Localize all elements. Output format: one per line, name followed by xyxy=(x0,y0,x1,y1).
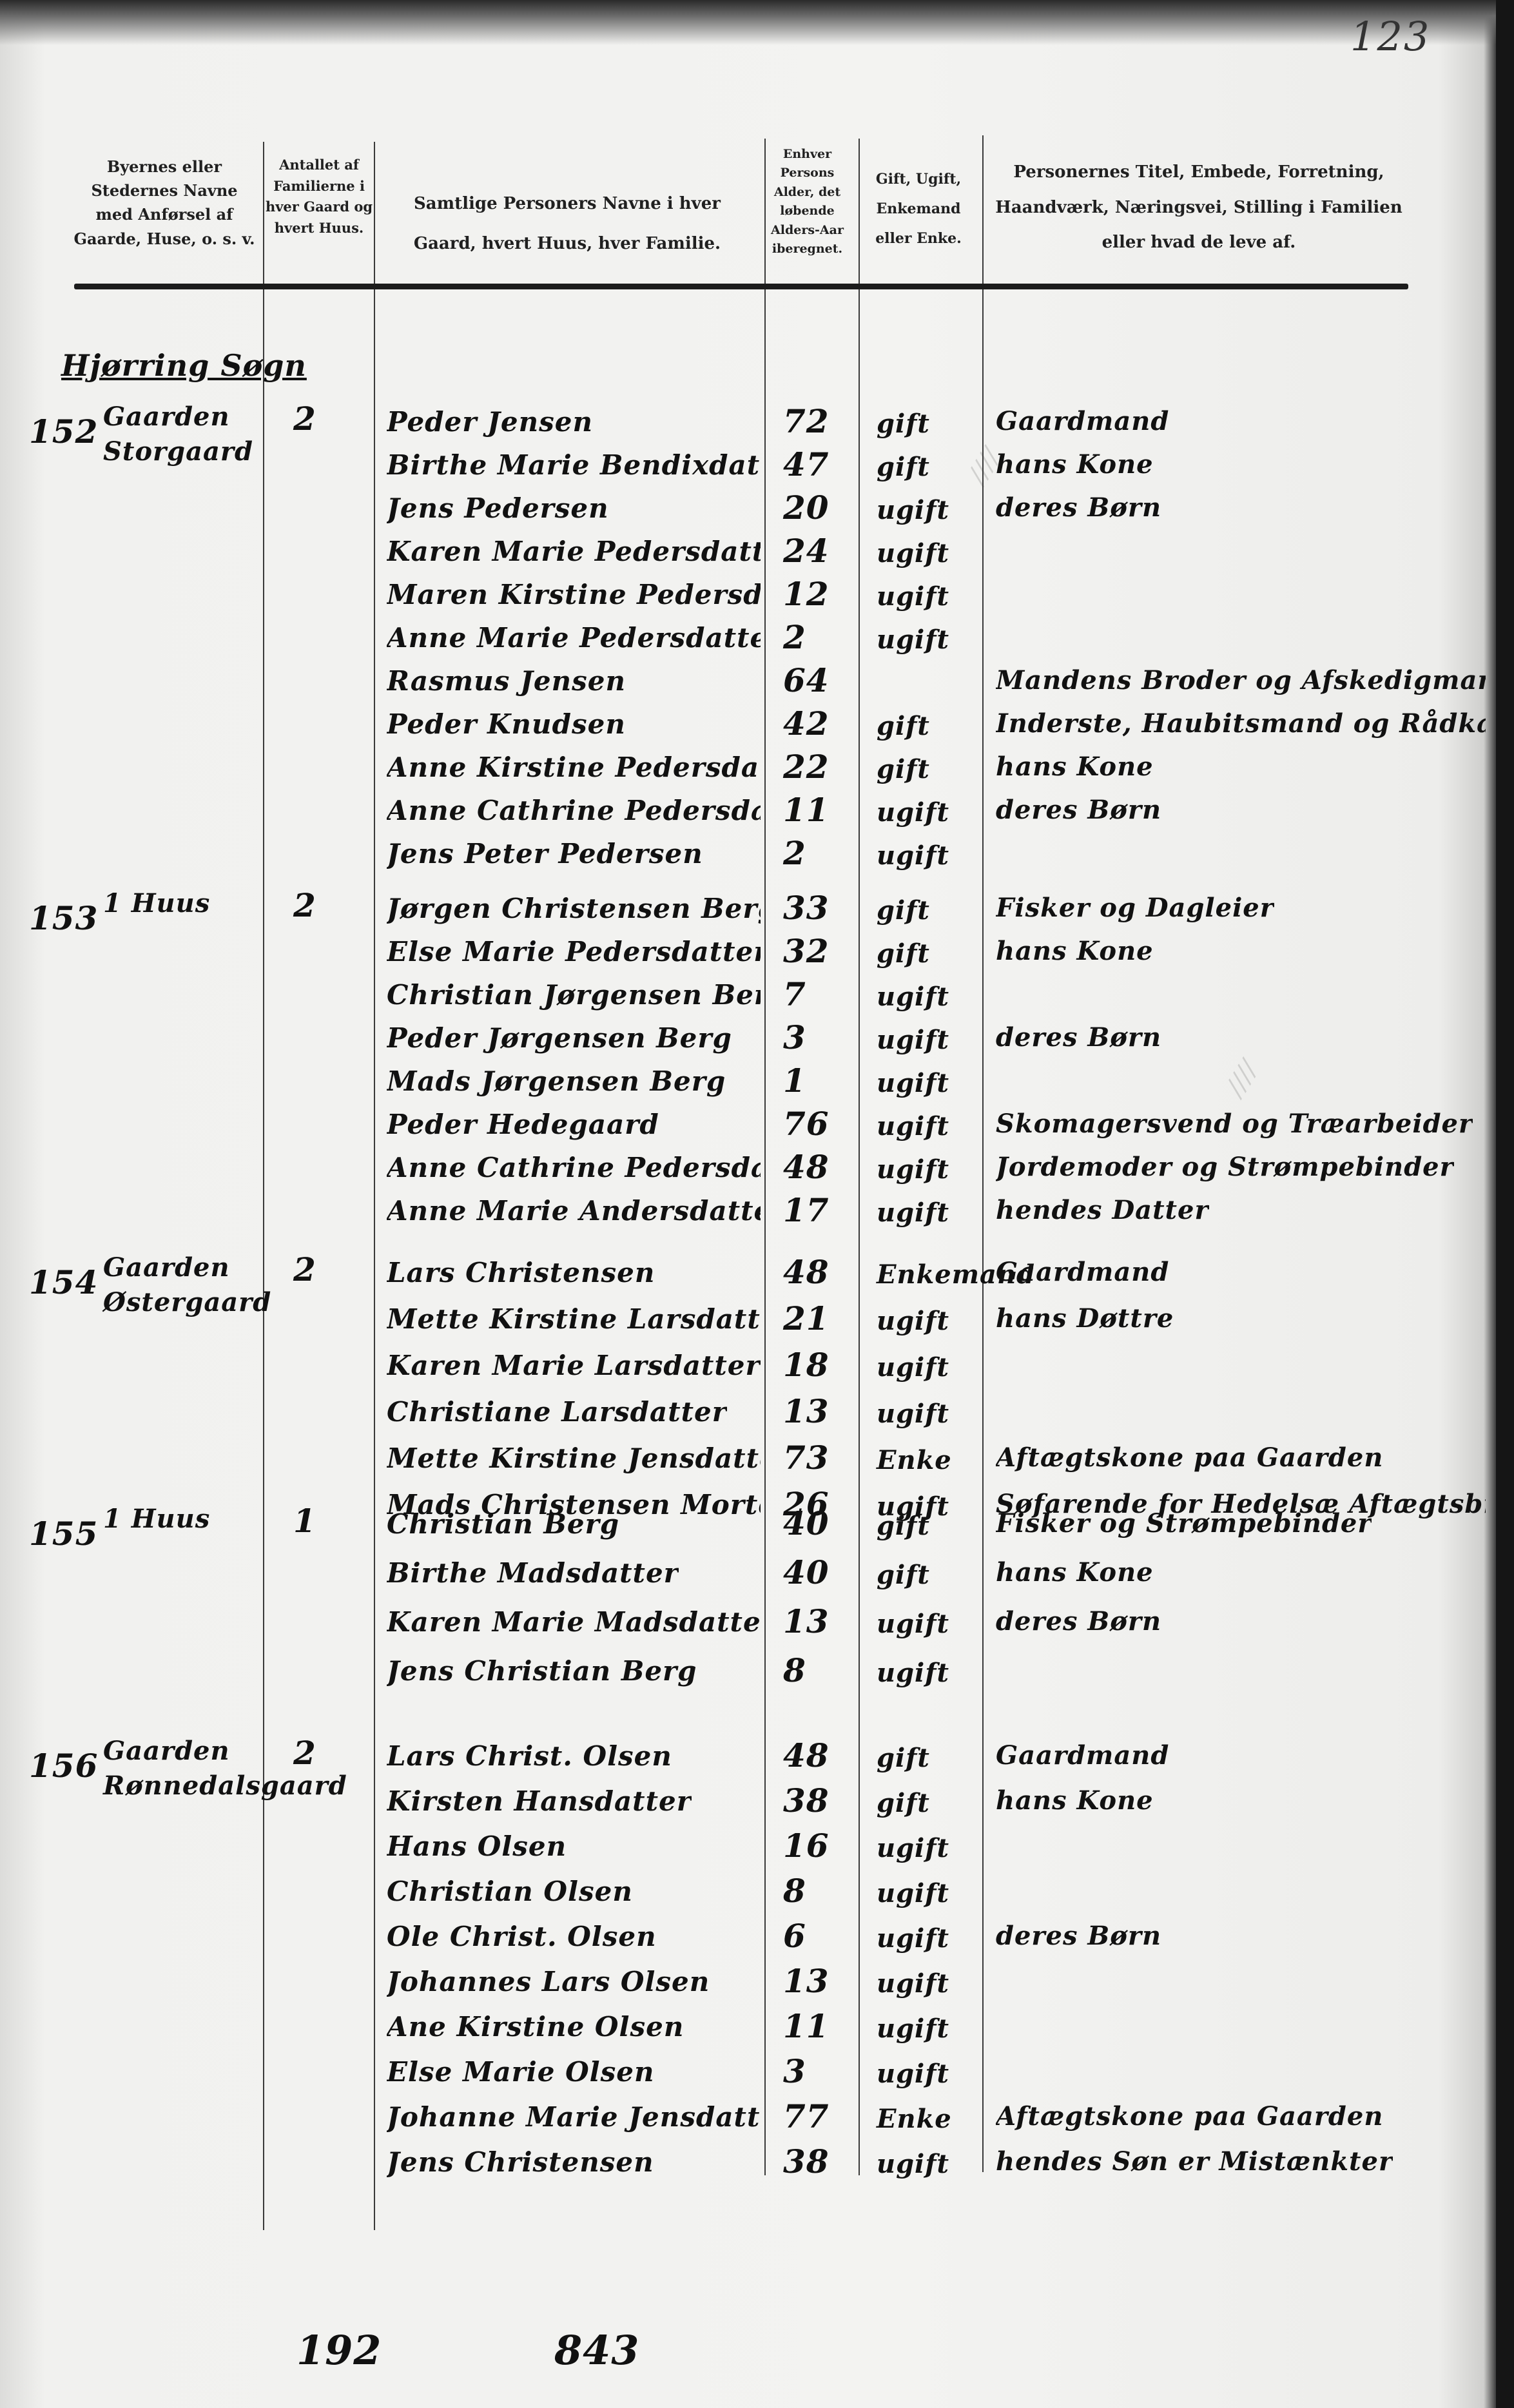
person-name: Peder Knudsen xyxy=(387,708,626,740)
household-place: 1 Huus xyxy=(103,1502,258,1537)
person-age: 38 xyxy=(783,1782,830,1820)
person-name: Maren Kirstine Pedersdatter xyxy=(387,579,761,610)
occupation: Fisker og Dagleier xyxy=(996,893,1274,923)
person-name: Else Marie Pedersdatter xyxy=(387,936,761,967)
person-age: 42 xyxy=(783,704,830,743)
occupation: Aftægtskone paa Gaarden xyxy=(996,1442,1383,1473)
marital-status: ugift xyxy=(877,2149,949,2179)
person-age: 16 xyxy=(783,1827,830,1865)
household-place: Gaarden Storgaard xyxy=(103,400,258,469)
family-count: 2 xyxy=(293,1250,316,1288)
marital-status: ugift xyxy=(877,797,949,828)
occupation: Gaardmand xyxy=(996,1740,1169,1771)
person-age: 12 xyxy=(783,575,830,613)
scan-edge-right xyxy=(1496,0,1514,2408)
occupation: deres Børn xyxy=(996,1921,1161,1951)
marital-status: ugift xyxy=(877,1658,949,1688)
person-age: 13 xyxy=(783,1962,830,2000)
person-name: Hans Olsen xyxy=(387,1830,567,1862)
person-name: Rasmus Jensen xyxy=(387,665,626,697)
marital-status: ugift xyxy=(877,1878,949,1908)
occupation: Aftægtskone paa Gaarden xyxy=(996,2101,1383,2131)
person-age: 73 xyxy=(783,1439,830,1477)
person-age: 76 xyxy=(783,1105,830,1143)
occupation: deres Børn xyxy=(996,1606,1161,1636)
marital-status: ugift xyxy=(877,1352,949,1383)
person-age: 3 xyxy=(783,2052,806,2090)
marital-status: ugift xyxy=(877,1068,949,1098)
occupation: Jordemoder og Strømpebinder xyxy=(996,1152,1454,1182)
household-number: 152 xyxy=(29,413,98,451)
person-age: 40 xyxy=(783,1553,830,1591)
occupation: Gaardmand xyxy=(996,406,1169,436)
person-age: 2 xyxy=(783,834,806,872)
person-name: Jens Christian Berg xyxy=(387,1655,697,1687)
marital-status: ugift xyxy=(877,1154,949,1185)
column-rule xyxy=(982,135,984,2172)
occupation: hans Kone xyxy=(996,1785,1154,1816)
person-name: Peder Hedegaard xyxy=(387,1109,659,1140)
occupation: hendes Søn er Mistænkter xyxy=(996,2146,1393,2177)
person-age: 47 xyxy=(783,445,830,483)
person-age: 11 xyxy=(783,791,830,829)
person-age: 24 xyxy=(783,532,830,570)
household-place: 1 Huus xyxy=(103,886,258,921)
person-age: 77 xyxy=(783,2097,830,2135)
person-name: Jens Christensen xyxy=(387,2146,654,2178)
occupation: Skomagersvend og Træarbeider xyxy=(996,1109,1473,1139)
marital-status: ugift xyxy=(877,1399,949,1429)
person-age: 32 xyxy=(783,932,830,970)
marital-status: gift xyxy=(877,409,930,439)
marital-status: ugift xyxy=(877,840,949,871)
marital-status: Enke xyxy=(877,1445,952,1475)
person-name: Anne Kirstine Pedersdatter xyxy=(387,752,761,783)
family-count: 2 xyxy=(293,886,316,924)
header-occupation: Personernes Titel, Embede, Forretning, H… xyxy=(993,155,1405,260)
person-name: Mette Kirstine Jensdatter xyxy=(387,1442,761,1474)
marital-status: ugift xyxy=(877,1833,949,1863)
person-name: Anne Cathrine Pedersdatter xyxy=(387,795,761,826)
marital-status: ugift xyxy=(877,1609,949,1639)
persons-total: 843 xyxy=(554,2327,639,2374)
person-age: 48 xyxy=(783,1736,830,1774)
marital-status: ugift xyxy=(877,625,949,655)
person-name: Christiane Larsdatter xyxy=(387,1396,727,1428)
household-number: 153 xyxy=(29,899,98,937)
marital-status: ugift xyxy=(877,1025,949,1055)
occupation: hans Kone xyxy=(996,752,1154,782)
occupation: deres Børn xyxy=(996,492,1161,523)
person-age: 8 xyxy=(783,1872,806,1910)
occupation: hendes Datter xyxy=(996,1195,1209,1225)
occupation: Fisker og Strømpebinder xyxy=(996,1508,1372,1539)
person-age: 13 xyxy=(783,1602,830,1640)
person-name: Mette Kirstine Larsdatter xyxy=(387,1303,761,1335)
person-age: 48 xyxy=(783,1253,830,1291)
marital-status: gift xyxy=(877,1743,930,1773)
person-age: 17 xyxy=(783,1191,830,1229)
header-names: Samtlige Personers Navne i hver Gaard, h… xyxy=(387,184,748,264)
person-age: 20 xyxy=(783,489,830,527)
header-families: Antallet af Familierne i hver Gaard og h… xyxy=(264,155,374,238)
occupation: Gaardmand xyxy=(996,1257,1169,1287)
marital-status: ugift xyxy=(877,1306,949,1336)
person-name: Mads Jørgensen Berg xyxy=(387,1065,726,1097)
marital-status: ugift xyxy=(877,1923,949,1954)
marital-status: ugift xyxy=(877,581,949,612)
marital-status: ugift xyxy=(877,495,949,525)
page-number: 123 xyxy=(1350,13,1430,60)
marital-status: ugift xyxy=(877,1198,949,1228)
marital-status: gift xyxy=(877,938,930,969)
person-name: Lars Christ. Olsen xyxy=(387,1740,672,1772)
person-name: Karen Marie Madsdatter xyxy=(387,1606,761,1638)
marital-status: gift xyxy=(877,1788,930,1818)
person-name: Birthe Madsdatter xyxy=(387,1557,679,1589)
person-name: Ole Christ. Olsen xyxy=(387,1921,657,1952)
person-name: Jens Peter Pedersen xyxy=(387,838,703,869)
column-rule xyxy=(263,142,264,2230)
household-place: Gaarden Rønnedalsgaard xyxy=(103,1734,258,1803)
person-name: Peder Jensen xyxy=(387,406,593,438)
header-age: Enhver Persons Alder, det løbende Alders… xyxy=(764,145,851,259)
family-count: 2 xyxy=(293,400,316,438)
person-name: Christian Jørgensen Berg xyxy=(387,979,761,1011)
person-name: Johannes Lars Olsen xyxy=(387,1966,710,1997)
person-name: Lars Christensen xyxy=(387,1257,655,1288)
person-age: 33 xyxy=(783,889,830,927)
person-age: 2 xyxy=(783,618,806,656)
header-status: Gift, Ugift, Enkemand eller Enke. xyxy=(860,164,976,254)
occupation: hans Kone xyxy=(996,1557,1154,1588)
person-age: 13 xyxy=(783,1392,830,1430)
parish-heading: Hjørring Søgn xyxy=(61,348,307,383)
person-name: Christian Olsen xyxy=(387,1876,633,1907)
header-place: Byernes eller Stedernes Navne med Anførs… xyxy=(71,155,258,251)
marital-status: gift xyxy=(877,1511,930,1541)
family-count: 2 xyxy=(293,1734,316,1772)
person-name: Anne Marie Andersdatter xyxy=(387,1195,761,1227)
person-age: 18 xyxy=(783,1346,830,1384)
person-age: 38 xyxy=(783,2142,830,2180)
person-age: 11 xyxy=(783,2007,830,2045)
person-age: 3 xyxy=(783,1018,806,1056)
marital-status: gift xyxy=(877,711,930,741)
person-age: 48 xyxy=(783,1148,830,1186)
person-name: Karen Marie Larsdatter xyxy=(387,1350,761,1381)
marital-status: ugift xyxy=(877,2059,949,2089)
marital-status: ugift xyxy=(877,1111,949,1141)
household-number: 155 xyxy=(29,1515,98,1553)
family-count: 1 xyxy=(293,1502,316,1540)
person-age: 64 xyxy=(783,661,830,699)
column-rule xyxy=(859,139,860,2175)
person-age: 21 xyxy=(783,1299,830,1337)
person-name: Birthe Marie Bendixdatter xyxy=(387,449,761,481)
occupation: hans Døttre xyxy=(996,1303,1174,1334)
marital-status: gift xyxy=(877,895,930,926)
column-rule xyxy=(374,142,375,2230)
person-age: 22 xyxy=(783,748,830,786)
person-age: 40 xyxy=(783,1504,830,1542)
person-age: 1 xyxy=(783,1062,806,1100)
person-name: Else Marie Olsen xyxy=(387,2056,655,2088)
occupation: hans Kone xyxy=(996,936,1154,966)
household-number: 154 xyxy=(29,1263,98,1301)
person-age: 72 xyxy=(783,402,830,440)
person-name: Jens Pedersen xyxy=(387,492,609,524)
person-name: Christian Berg xyxy=(387,1508,619,1540)
household-number: 156 xyxy=(29,1747,98,1785)
occupation: Inderste, Haubitsmand og Rådkarl xyxy=(996,708,1486,739)
occupation: deres Børn xyxy=(996,795,1161,825)
person-age: 7 xyxy=(783,975,806,1013)
scan-shadow-top xyxy=(0,0,1514,45)
marital-status: ugift xyxy=(877,1968,949,1999)
occupation: Mandens Broder og Afskedigmand xyxy=(996,665,1486,695)
marital-status: ugift xyxy=(877,982,949,1012)
person-name: Ane Kirstine Olsen xyxy=(387,2011,684,2043)
occupation: hans Kone xyxy=(996,449,1154,480)
person-name: Peder Jørgensen Berg xyxy=(387,1022,732,1054)
person-age: 6 xyxy=(783,1917,806,1955)
marital-status: ugift xyxy=(877,538,949,568)
marital-status: ugift xyxy=(877,2014,949,2044)
person-name: Karen Marie Pedersdatter xyxy=(387,536,761,567)
person-name: Jørgen Christensen Berg xyxy=(387,893,761,924)
person-age: 8 xyxy=(783,1651,806,1689)
person-name: Anne Marie Pedersdatter xyxy=(387,622,761,654)
marital-status: Enke xyxy=(877,2104,952,2134)
families-total: 192 xyxy=(296,2327,382,2374)
person-name: Johanne Marie Jensdatter xyxy=(387,2101,761,2133)
bleed-through: //// xyxy=(1220,1056,1264,1101)
marital-status: gift xyxy=(877,1560,930,1590)
person-name: Kirsten Hansdatter xyxy=(387,1785,692,1817)
marital-status: gift xyxy=(877,452,930,482)
household-place: Gaarden Østergaard xyxy=(103,1250,258,1320)
column-rule xyxy=(764,139,766,2175)
person-name: Anne Cathrine Pedersdatter xyxy=(387,1152,761,1183)
occupation: deres Børn xyxy=(996,1022,1161,1053)
census-page: 123 Byernes eller Stedernes Navne med An… xyxy=(0,0,1514,2408)
marital-status: gift xyxy=(877,754,930,784)
header-rule xyxy=(74,284,1408,289)
